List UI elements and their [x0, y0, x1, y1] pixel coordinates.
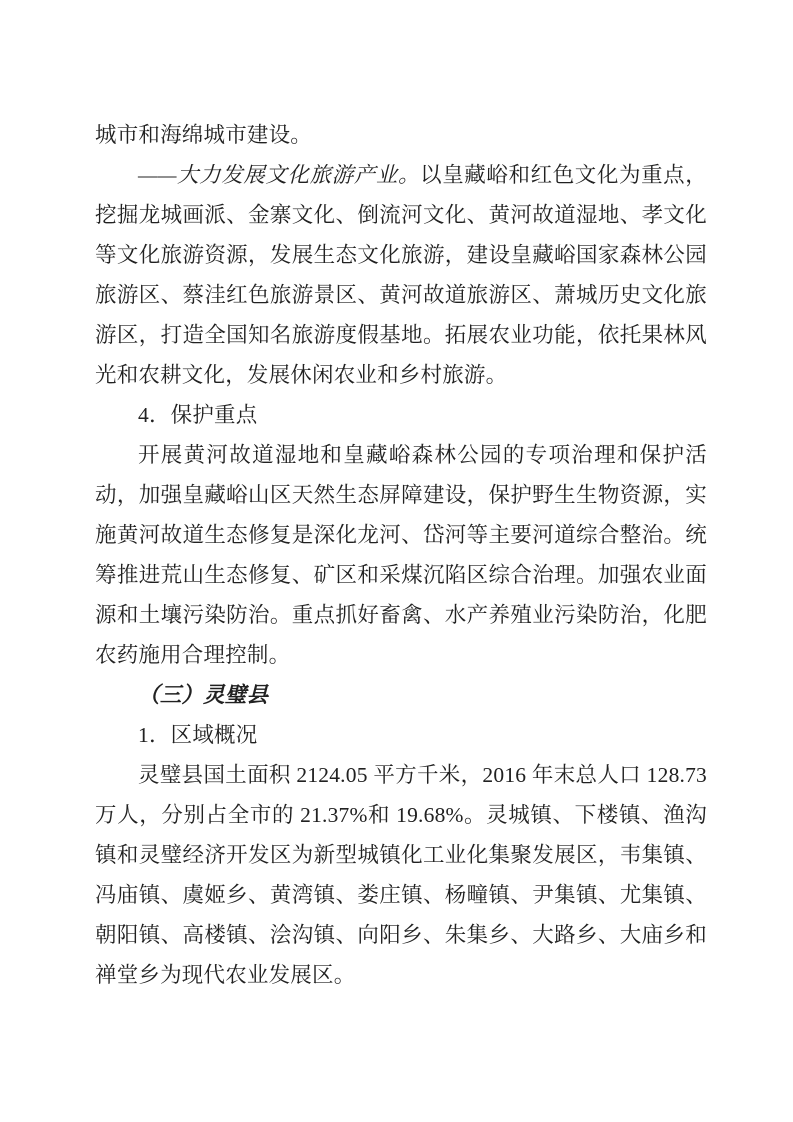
paragraph-protection-details: 开展黄河故道湿地和皇藏峪森林公园的专项治理和保护活动，加强皇藏峪山区天然生态屏障…: [95, 435, 707, 675]
heading-protection-priorities: 4．保护重点: [95, 395, 707, 435]
heading-regional-overview: 1．区域概况: [95, 715, 707, 755]
paragraph-regional-overview-details: 灵璧县国土面积 2124.05 平方千米，2016 年末总人口 128.73 万…: [95, 755, 707, 995]
document-page: 城市和海绵城市建设。 ——大力发展文化旅游产业。以皇藏峪和红色文化为重点，挖掘龙…: [0, 0, 793, 1122]
paragraph-continuation: 城市和海绵城市建设。: [95, 115, 707, 155]
paragraph-culture-tourism: ——大力发展文化旅游产业。以皇藏峪和红色文化为重点，挖掘龙城画派、金寨文化、倒流…: [95, 155, 707, 395]
paragraph-body-text: 以皇藏峪和红色文化为重点，挖掘龙城画派、金寨文化、倒流河文化、黄河故道湿地、孝文…: [95, 163, 707, 387]
paragraph-lead-emphasis: ——大力发展文化旅游产业。: [138, 163, 420, 187]
heading-lingbi-county: （三）灵璧县: [95, 675, 707, 715]
